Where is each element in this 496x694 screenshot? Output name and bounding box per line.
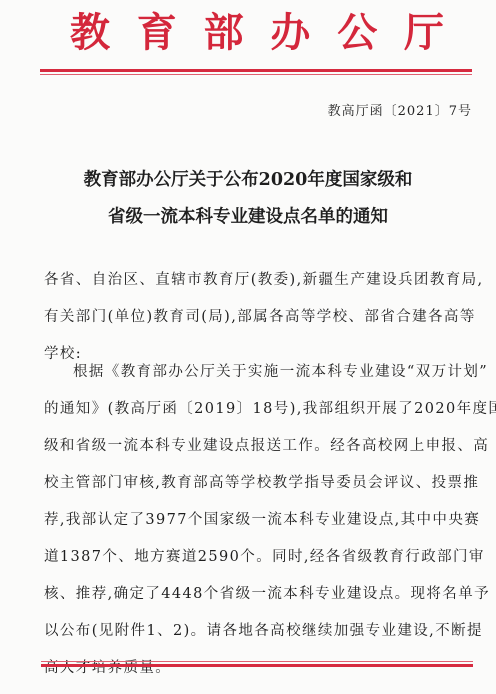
text-line: 根据《教育部办公厅关于实施一流本科专业建设“双万计划” <box>44 354 476 391</box>
text-line: 校主管部门审核,教育部高等学校教学指导委员会评议、投票推 <box>44 465 476 502</box>
masthead-char: 育 <box>137 10 177 56</box>
text-line: 高人才培养质量。 <box>44 650 476 687</box>
body-paragraph: 根据《教育部办公厅关于实施一流本科专业建设“双万计划” 的通知》(教高厅函〔20… <box>44 354 476 687</box>
header-rule-thick <box>40 69 472 72</box>
document-title-line-2: 省级一流本科专业建设点名单的通知 <box>0 203 496 228</box>
masthead-char: 办 <box>270 10 310 56</box>
masthead-issuer: 教 育 部 办 公 厅 <box>40 10 472 56</box>
text-line: 级和省级一流本科专业建设点报送工作。经各高校网上申报、高 <box>44 428 476 465</box>
text-line: 核、推荐,确定了4448个省级一流本科专业建设点。现将名单予 <box>44 576 476 613</box>
text-line: 各省、自治区、直辖市教育厅(教委),新疆生产建设兵团教育局, <box>44 262 476 299</box>
header-rule-thin <box>40 74 472 75</box>
masthead-char: 部 <box>204 10 244 56</box>
text-line: 有关部门(单位)教育司(局),部属各高等学校、部省合建各高等 <box>44 299 476 336</box>
document-title-line-1: 教育部办公厅关于公布2020年度国家级和 <box>0 166 496 191</box>
masthead-char: 厅 <box>404 10 444 56</box>
document-number: 教高厅函〔2021〕7号 <box>328 100 472 119</box>
footer-rule-thin <box>41 661 473 662</box>
footer-rule-thick <box>41 664 473 667</box>
masthead-char: 教 <box>70 10 110 56</box>
text-line: 的通知》(教高厅函〔2019〕18号),我部组织开展了2020年度国家 <box>44 391 476 428</box>
text-line: 荐,我部认定了3977个国家级一流本科专业建设点,其中中央赛 <box>44 502 476 539</box>
masthead-char: 公 <box>337 10 377 56</box>
text-line: 道1387个、地方赛道2590个。同时,经各省级教育行政部门审 <box>44 539 476 576</box>
text-line: 以公布(见附件1、2)。请各地各高校继续加强专业建设,不断提 <box>44 613 476 650</box>
